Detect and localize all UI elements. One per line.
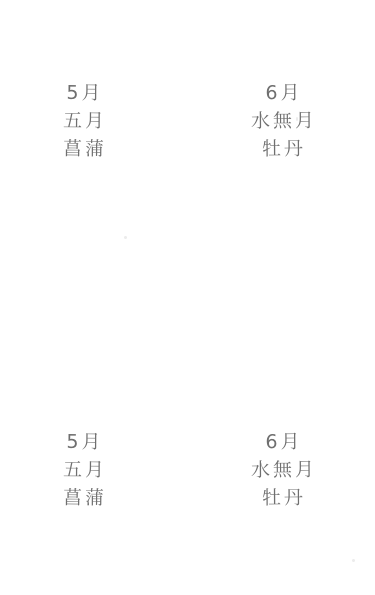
- flower-label: 菖蒲: [25, 135, 145, 164]
- month-section-bottom: 5月 五月 菖蒲 6月 水無月 牡丹: [0, 428, 375, 518]
- month-numeric-label: 6月: [224, 79, 344, 108]
- month-traditional-label: 水無月: [224, 107, 344, 136]
- scan-speck: [352, 559, 355, 562]
- month-block-june: 6月 水無月 牡丹: [224, 79, 344, 163]
- scan-speck: [124, 236, 127, 239]
- scan-speck: [296, 117, 298, 121]
- month-block-june: 6月 水無月 牡丹: [224, 428, 344, 512]
- month-block-may: 5月 五月 菖蒲: [25, 428, 145, 512]
- month-traditional-label: 五月: [25, 456, 145, 485]
- month-traditional-label: 五月: [25, 107, 145, 136]
- month-numeric-label: 5月: [25, 79, 145, 108]
- month-block-may: 5月 五月 菖蒲: [25, 79, 145, 163]
- flower-label: 牡丹: [224, 484, 344, 513]
- scanned-page: 5月 五月 菖蒲 6月 水無月 牡丹 5月 五月 菖蒲 6月 水無月 牡丹: [0, 0, 375, 595]
- month-section-top: 5月 五月 菖蒲 6月 水無月 牡丹: [0, 79, 375, 169]
- month-numeric-label: 6月: [224, 428, 344, 457]
- flower-label: 牡丹: [224, 135, 344, 164]
- month-numeric-label: 5月: [25, 428, 145, 457]
- flower-label: 菖蒲: [25, 484, 145, 513]
- month-traditional-label: 水無月: [224, 456, 344, 485]
